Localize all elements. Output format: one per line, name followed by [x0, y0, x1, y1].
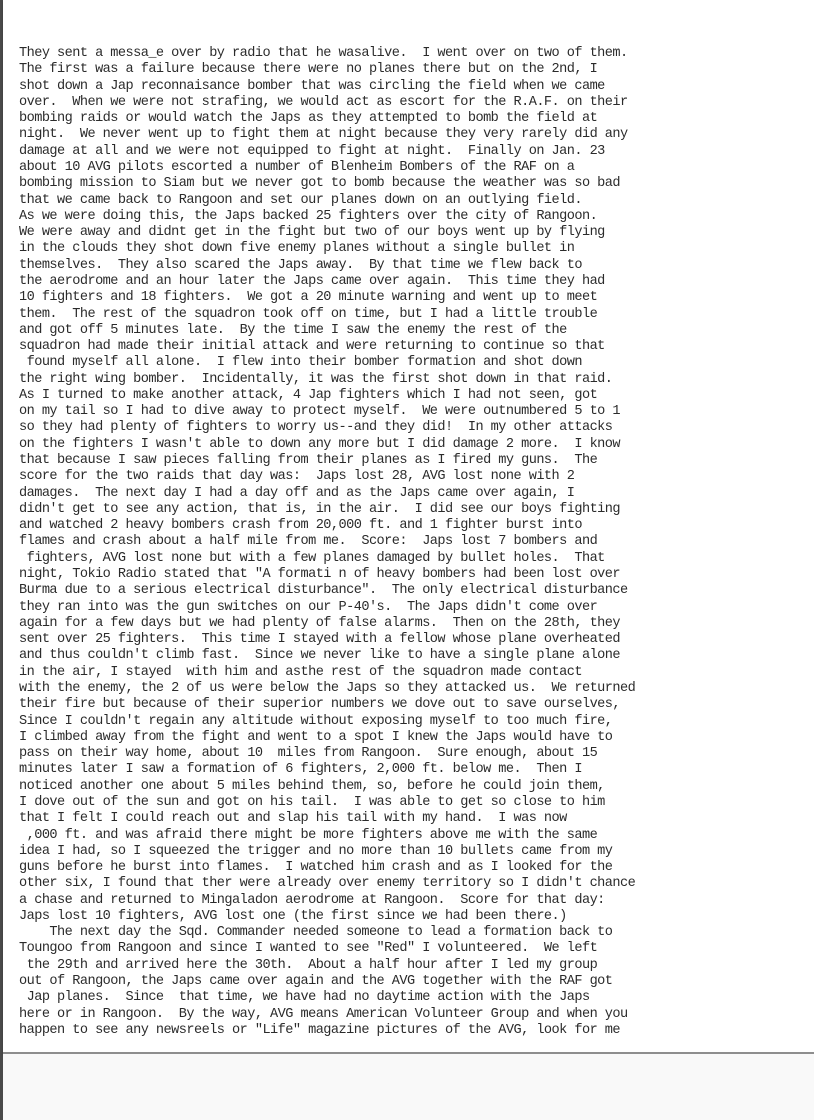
text-line: on my tail so I had to dive away to prot…	[19, 404, 814, 420]
text-line: with the enemy, the 2 of us were below t…	[19, 681, 814, 697]
letter-body: They sent a messa_e over by radio that h…	[19, 46, 814, 1039]
text-line: We were away and didnt get in the fight …	[19, 225, 814, 241]
text-line: Toungoo from Rangoon and since I wanted …	[19, 941, 814, 957]
text-line: night. We never went up to fight them at…	[19, 127, 814, 143]
text-line: found myself all alone. I flew into thei…	[19, 355, 814, 371]
text-line: and thus couldn't climb fast. Since we n…	[19, 648, 814, 664]
text-line: themselves. They also scared the Japs aw…	[19, 258, 814, 274]
text-line: shot down a Jap reconnaisance bomber tha…	[19, 79, 814, 95]
text-line: As I turned to make another attack, 4 Ja…	[19, 388, 814, 404]
text-line: I dove out of the sun and got on his tai…	[19, 795, 814, 811]
text-line: guns before he burst into flames. I watc…	[19, 860, 814, 876]
text-line: fighters, AVG lost none but with a few p…	[19, 551, 814, 567]
scan-background	[3, 1054, 814, 1120]
text-line: As we were doing this, the Japs backed 2…	[19, 209, 814, 225]
text-line: idea I had, so I squeezed the trigger an…	[19, 844, 814, 860]
text-line: damage at all and we were not equipped t…	[19, 144, 814, 160]
text-line: 10 fighters and 18 fighters. We got a 20…	[19, 290, 814, 306]
text-line: didn't get to see any action, that is, i…	[19, 502, 814, 518]
text-line: sent over 25 fighters. This time I staye…	[19, 632, 814, 648]
text-line: and got off 5 minutes late. By the time …	[19, 323, 814, 339]
text-line: squadron had made their initial attack a…	[19, 339, 814, 355]
text-line: minutes later I saw a formation of 6 fig…	[19, 762, 814, 778]
text-line: them. The rest of the squadron took off …	[19, 307, 814, 323]
text-line: night, Tokio Radio stated that "A format…	[19, 567, 814, 583]
text-line: that we came back to Rangoon and set our…	[19, 193, 814, 209]
text-line: over. When we were not strafing, we woul…	[19, 95, 814, 111]
text-line: the aerodrome and an hour later the Japs…	[19, 274, 814, 290]
text-line: other six, I found that ther were alread…	[19, 876, 814, 892]
text-line: again for a few days but we had plenty o…	[19, 616, 814, 632]
text-line: noticed another one about 5 miles behind…	[19, 779, 814, 795]
text-line: the 29th and arrived here the 30th. Abou…	[19, 958, 814, 974]
text-line: the right wing bomber. Incidentally, it …	[19, 372, 814, 388]
text-line: pass on their way home, about 10 miles f…	[19, 746, 814, 762]
text-line: They sent a messa_e over by radio that h…	[19, 46, 814, 62]
text-line: bombing raids or would watch the Japs as…	[19, 111, 814, 127]
text-line: here or in Rangoon. By the way, AVG mean…	[19, 1007, 814, 1023]
text-line: flames and crash about a half mile from …	[19, 534, 814, 550]
text-line: their fire but because of their superior…	[19, 697, 814, 713]
text-line: on the fighters I wasn't able to down an…	[19, 437, 814, 453]
text-line: out of Rangoon, the Japs came over again…	[19, 974, 814, 990]
text-line: ,000 ft. and was afraid there might be m…	[19, 828, 814, 844]
text-line: in the clouds they shot down five enemy …	[19, 241, 814, 257]
text-line: I climbed away from the fight and went t…	[19, 730, 814, 746]
typewritten-page: They sent a messa_e over by radio that h…	[3, 0, 814, 1054]
text-line: The next day the Sqd. Commander needed s…	[19, 925, 814, 941]
text-line: that I felt I could reach out and slap h…	[19, 811, 814, 827]
text-line: score for the two raids that day was: Ja…	[19, 469, 814, 485]
text-line: damages. The next day I had a day off an…	[19, 486, 814, 502]
text-line: they ran into was the gun switches on ou…	[19, 600, 814, 616]
text-line: that because I saw pieces falling from t…	[19, 453, 814, 469]
text-line: Burma due to a serious electrical distur…	[19, 583, 814, 599]
text-line: so they had plenty of fighters to worry …	[19, 420, 814, 436]
text-line: in the air, I stayed with him and asthe …	[19, 665, 814, 681]
text-line: happen to see any newsreels or "Life" ma…	[19, 1023, 814, 1039]
text-line: bombing mission to Siam but we never got…	[19, 176, 814, 192]
text-line: and watched 2 heavy bombers crash from 2…	[19, 518, 814, 534]
text-line: about 10 AVG pilots escorted a number of…	[19, 160, 814, 176]
text-line: Since I couldn't regain any altitude wit…	[19, 714, 814, 730]
text-line: The first was a failure because there we…	[19, 62, 814, 78]
text-line: Japs lost 10 fighters, AVG lost one (the…	[19, 909, 814, 925]
text-line: Jap planes. Since that time, we have had…	[19, 990, 814, 1006]
text-line: a chase and returned to Mingaladon aerod…	[19, 893, 814, 909]
